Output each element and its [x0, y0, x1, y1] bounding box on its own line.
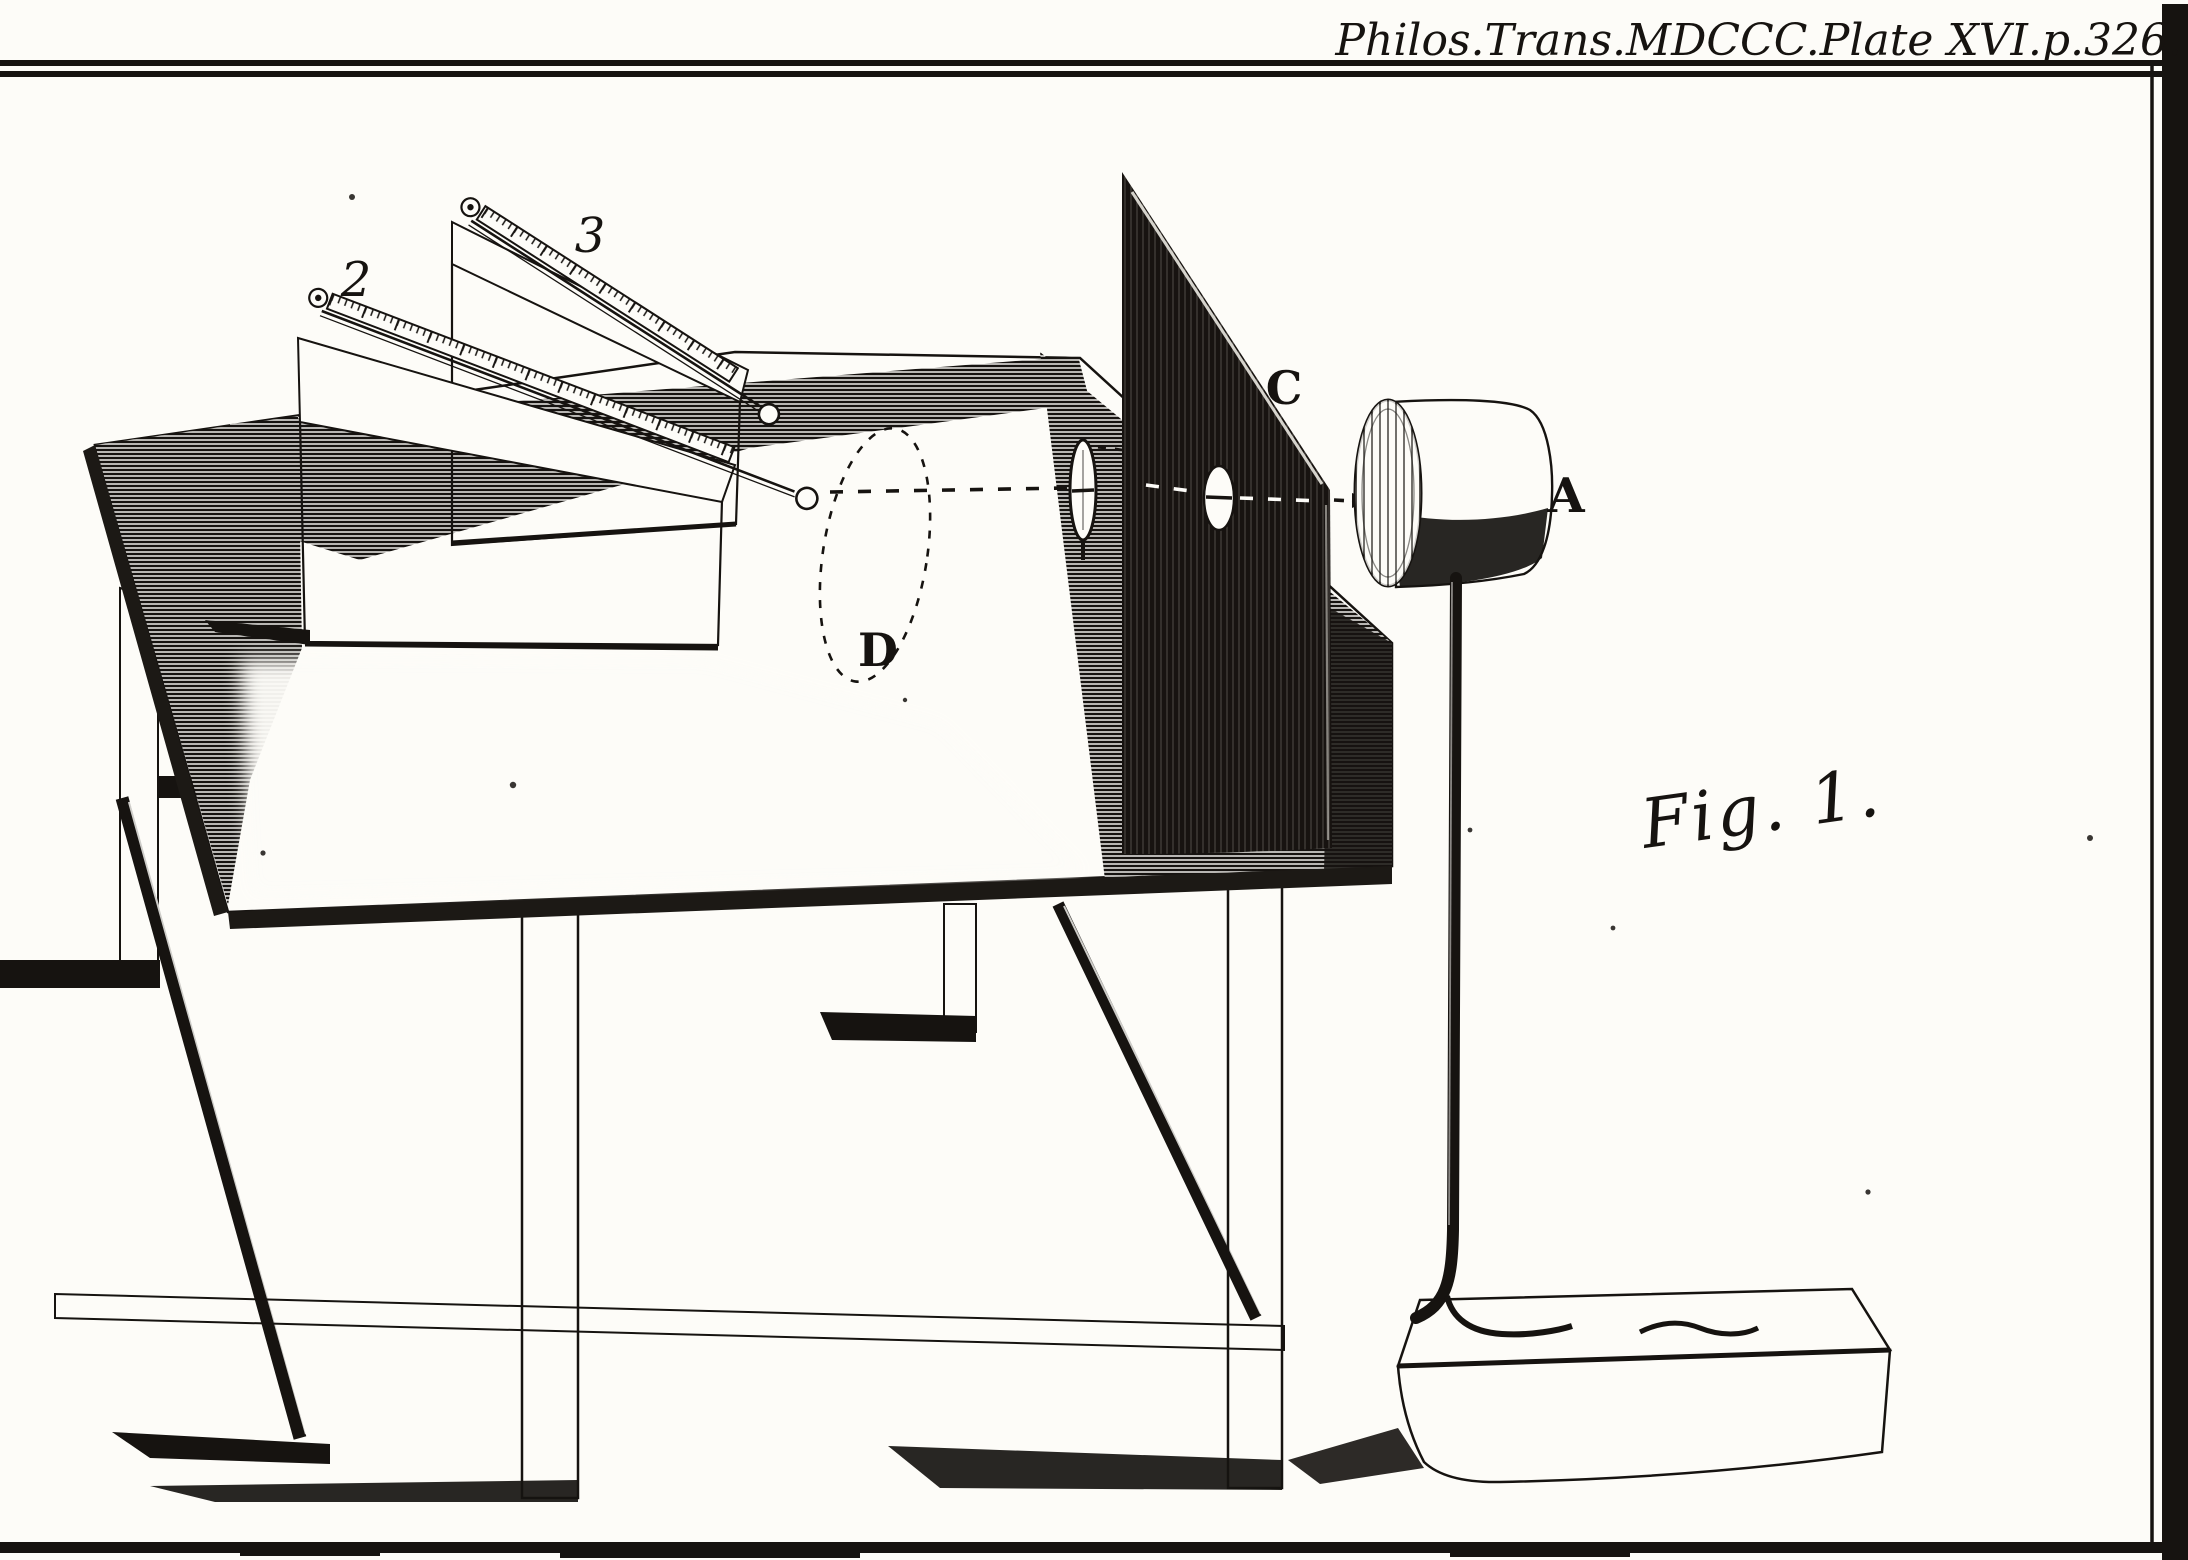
label-spectrum: D	[858, 623, 898, 677]
table-foot-back-right	[820, 1012, 976, 1042]
frame-top-rule-inner	[0, 71, 2172, 77]
label-thermometer-back: 3	[575, 208, 606, 264]
figure-canvas: Philos.Trans.MDCCC.Plate XVI.p.326.	[0, 0, 2188, 1560]
ink-speck	[510, 782, 516, 788]
ink-speck	[1611, 926, 1616, 931]
frame-bottom-smudge	[560, 1553, 860, 1558]
plate-header: Philos.Trans.MDCCC.Plate XVI.p.326.	[1334, 15, 2182, 66]
label-screen: C	[1266, 361, 1303, 415]
frame-right-band	[2162, 4, 2188, 1560]
ray-dash-in-hole	[1206, 497, 1232, 498]
frame-bottom-smudge	[1450, 1551, 1630, 1557]
ink-speck	[903, 698, 907, 702]
frame-bottom-rule	[0, 1542, 2188, 1553]
ink-speck	[1468, 828, 1473, 833]
ink-speck	[260, 850, 265, 855]
label-cylinder: A	[1546, 468, 1585, 524]
ray-dash-on-lens	[1072, 490, 1094, 491]
ink-speck	[349, 194, 355, 200]
engraving-plate: Philos.Trans.MDCCC.Plate XVI.p.326.	[0, 0, 2188, 1560]
tabletop-end-face	[1324, 608, 1392, 872]
cylinder-face-hatch	[1355, 400, 1421, 586]
ink-speck	[1865, 1189, 1870, 1194]
frame-bottom-smudge	[240, 1552, 380, 1556]
label-thermometer-front: 2	[340, 252, 372, 308]
ink-speck	[2087, 835, 2093, 841]
table-foot-back-left	[0, 960, 160, 988]
